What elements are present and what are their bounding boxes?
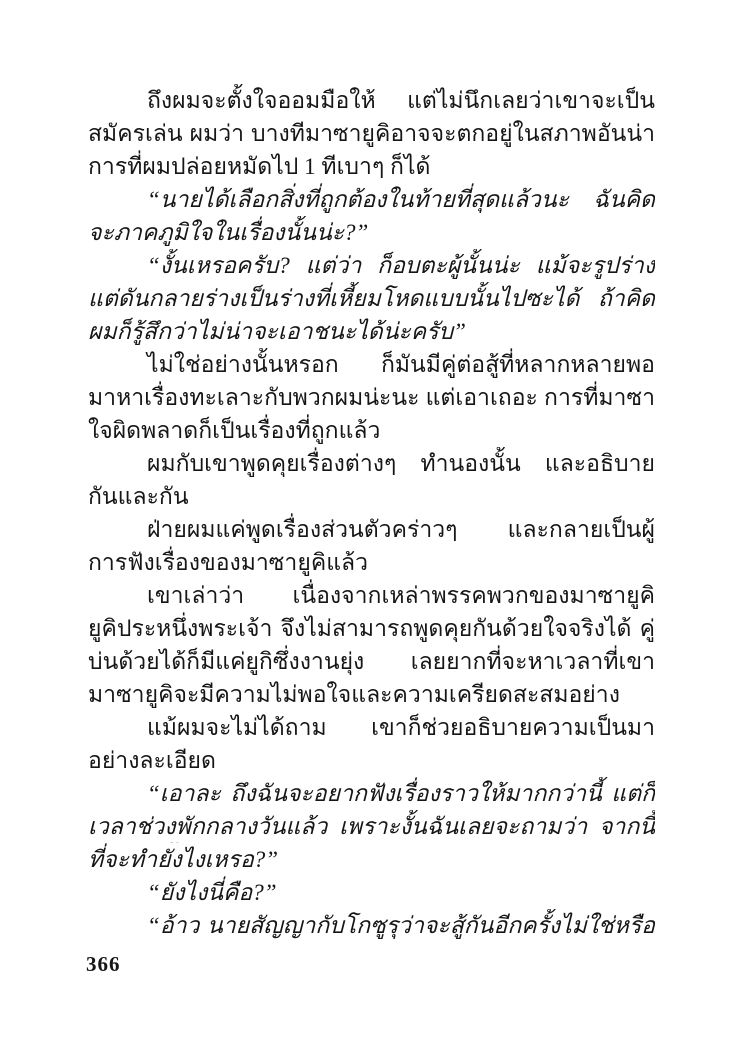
- text-line: การฟังเรื่องของมาซายูคิแล้ว: [88, 546, 655, 579]
- text-line: “เอาละ ถึงฉันจะอยากฟังเรื่องราวให้มากกว่…: [88, 777, 655, 810]
- text-block: ถึงผมจะตั้งใจออมมือให้ แต่ไม่นึกเลยว่าเข…: [88, 84, 655, 942]
- text-line: “อ้าว นายสัญญากับโกซูรุว่าจะสู้กันอีกครั…: [88, 909, 655, 942]
- text-line: มาซายูคิจะมีความไม่พอใจและความเครียดสะสม…: [88, 678, 655, 711]
- text-line: เวลาช่วงพักกลางวันแล้ว เพราะงั้นฉันเลยจะ…: [88, 810, 655, 843]
- text-line: กันและกัน: [88, 480, 655, 513]
- text-line: ถึงผมจะตั้งใจออมมือให้ แต่ไม่นึกเลยว่าเข…: [88, 84, 655, 117]
- text-line: ยูคิประหนึ่งพระเจ้า จึงไม่สามารถพูดคุยกั…: [88, 612, 655, 645]
- text-line: แม้ผมจะไม่ได้ถาม เขาก็ช่วยอธิบายความเป็น…: [88, 711, 655, 744]
- book-page: ถึงผมจะตั้งใจออมมือให้ แต่ไม่นึกเลยว่าเข…: [0, 0, 738, 1051]
- text-line: “ยังไงนี่คือ?”: [88, 876, 655, 909]
- text-line: ไม่ใช่อย่างนั้นหรอก ก็มันมีคู่ต่อสู้ที่ห…: [88, 348, 655, 381]
- text-line: ที่จะทำยังไงเหรอ?”: [88, 843, 655, 876]
- text-line: บ่นด้วยได้ก็มีแค่ยูกิซึ่งงานยุ่ง เลยยากท…: [88, 645, 655, 678]
- text-line: “นายได้เลือกสิ่งที่ถูกต้องในท้ายที่สุดแล…: [88, 183, 655, 216]
- text-line: จะภาคภูมิใจในเรื่องนั้นน่ะ?”: [88, 216, 655, 249]
- text-line: มาหาเรื่องทะเลาะกับพวกผมน่ะนะ แต่เอาเถอะ…: [88, 381, 655, 414]
- text-line: แต่ดันกลายร่างเป็นร่างที่เหี้ยมโหดแบบนั้…: [88, 282, 655, 315]
- text-line: ผมกับเขาพูดคุยเรื่องต่างๆ ทำนองนั้น และอ…: [88, 447, 655, 480]
- text-line: ผมก็รู้สึกว่าไม่น่าจะเอาชนะได้น่ะครับ”: [88, 315, 655, 348]
- text-line: เขาเล่าว่า เนื่องจากเหล่าพรรคพวกของมาซาย…: [88, 579, 655, 612]
- text-line: อย่างละเอียด: [88, 744, 655, 777]
- text-line: การที่ผมปล่อยหมัดไป 1 ทีเบาๆ ก็ได้: [88, 150, 655, 183]
- text-line: สมัครเล่น ผมว่า บางทีมาซายูคิอาจจะตกอยู่…: [88, 117, 655, 150]
- text-line: ฝ่ายผมแค่พูดเรื่องส่วนตัวคร่าวๆ และกลายเ…: [88, 513, 655, 546]
- text-line: “งั้นเหรอครับ? แต่ว่า ก็อบตะผู้นั้นน่ะ แ…: [88, 249, 655, 282]
- page-number: 366: [86, 952, 121, 977]
- text-line: ใจผิดพลาดก็เป็นเรื่องที่ถูกแล้ว: [88, 414, 655, 447]
